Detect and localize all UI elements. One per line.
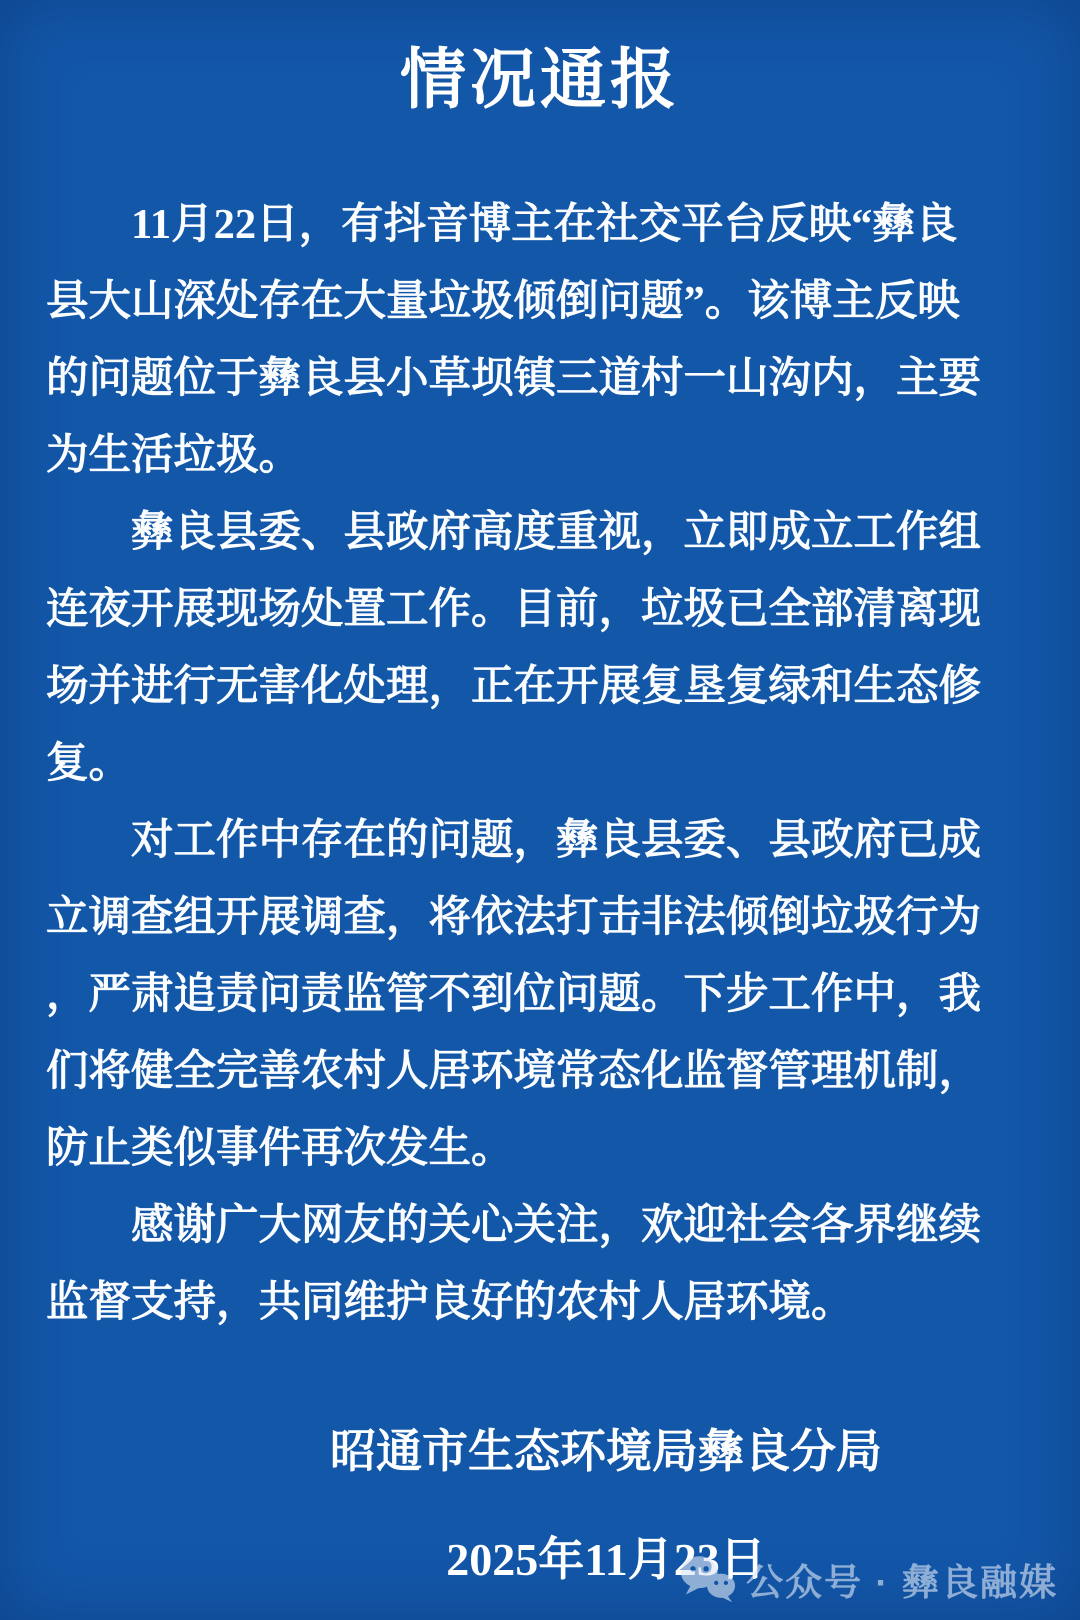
notice-paragraph-1: 11月22日，有抖音博主在社交平台反映“彝良 县大山深处存在大量垃圾倾倒问题”。… (46, 186, 1034, 494)
issuer-signature: 昭通市生态环境局彝良分局 (132, 1413, 1080, 1490)
notice-paragraph-4: 感谢广大网友的关心关注，欢迎社会各界继续 监督支持，共同维护良好的农村人居环境。 (46, 1187, 1034, 1341)
watermark-text: 公众号 · 彝良融媒 (746, 1552, 1058, 1606)
watermark: 公众号 · 彝良融媒 (679, 1552, 1058, 1606)
notice-paragraph-3: 对工作中存在的问题，彝良县委、县政府已成 立调查组开展调查，将依法打击非法倾倒垃… (46, 802, 1034, 1187)
notice-page: 情况通报 11月22日，有抖音博主在社交平台反映“彝良 县大山深处存在大量垃圾倾… (0, 0, 1080, 1620)
notice-body: 11月22日，有抖音博主在社交平台反映“彝良 县大山深处存在大量垃圾倾倒问题”。… (0, 186, 1080, 1341)
page-title: 情况通报 (0, 0, 1080, 122)
notice-paragraph-2: 彝良县委、县政府高度重视，立即成立工作组 连夜开展现场处置工作。目前，垃圾已全部… (46, 494, 1034, 802)
wechat-icon (679, 1553, 737, 1605)
